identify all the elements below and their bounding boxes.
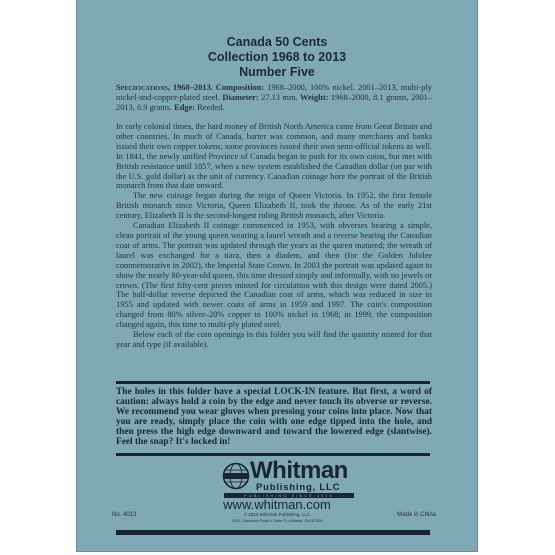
paragraph: Below each of the coin openings in this …: [116, 330, 432, 350]
edge-value: Reeded.: [197, 103, 224, 112]
divider-top: [116, 381, 430, 384]
divider-bottom: [116, 530, 430, 535]
weight-label: Weight:: [300, 93, 328, 102]
website-link[interactable]: www.whitman.com: [76, 497, 478, 512]
address: 3101 Clairmont Road • Suite G • Atlanta,…: [76, 518, 478, 523]
brand-name: Whitman: [250, 458, 348, 484]
globe-icon: [222, 462, 250, 490]
origin: Made in China: [397, 512, 436, 518]
paragraph: Canadian Elizabeth II coinage commenced …: [116, 221, 432, 330]
divider-middle: [116, 453, 430, 456]
specifications: Specifications, 1968–2013. Composition: …: [116, 83, 432, 113]
paragraph: The new coinage began during the reign o…: [116, 191, 432, 221]
specs-label: Specifications, 1968–2013.: [116, 83, 213, 92]
lockin-notice: The holes in this folder have a special …: [116, 387, 432, 448]
title-line-3: Number Five: [76, 65, 478, 80]
brand-subtitle: Publishing, LLC: [256, 482, 340, 493]
item-number: No. 4013: [112, 512, 136, 518]
edge-label: Edge:: [174, 103, 195, 112]
diameter-label: Diameter:: [222, 93, 258, 102]
folder-back-cover: Canada 50 Cents Collection 1968 to 2013 …: [76, 0, 478, 552]
diameter-value: 27.13 mm.: [261, 93, 297, 102]
history-text: In early colonial times, the hard money …: [116, 122, 432, 350]
paragraph: In early colonial times, the hard money …: [116, 122, 432, 191]
composition-label: Composition:: [216, 83, 264, 92]
title-line-1: Canada 50 Cents: [76, 35, 478, 50]
whitman-logo: Whitman Publishing, LLC PUBLISHING SINCE…: [180, 458, 380, 498]
title-line-2: Collection 1968 to 2013: [76, 50, 478, 65]
